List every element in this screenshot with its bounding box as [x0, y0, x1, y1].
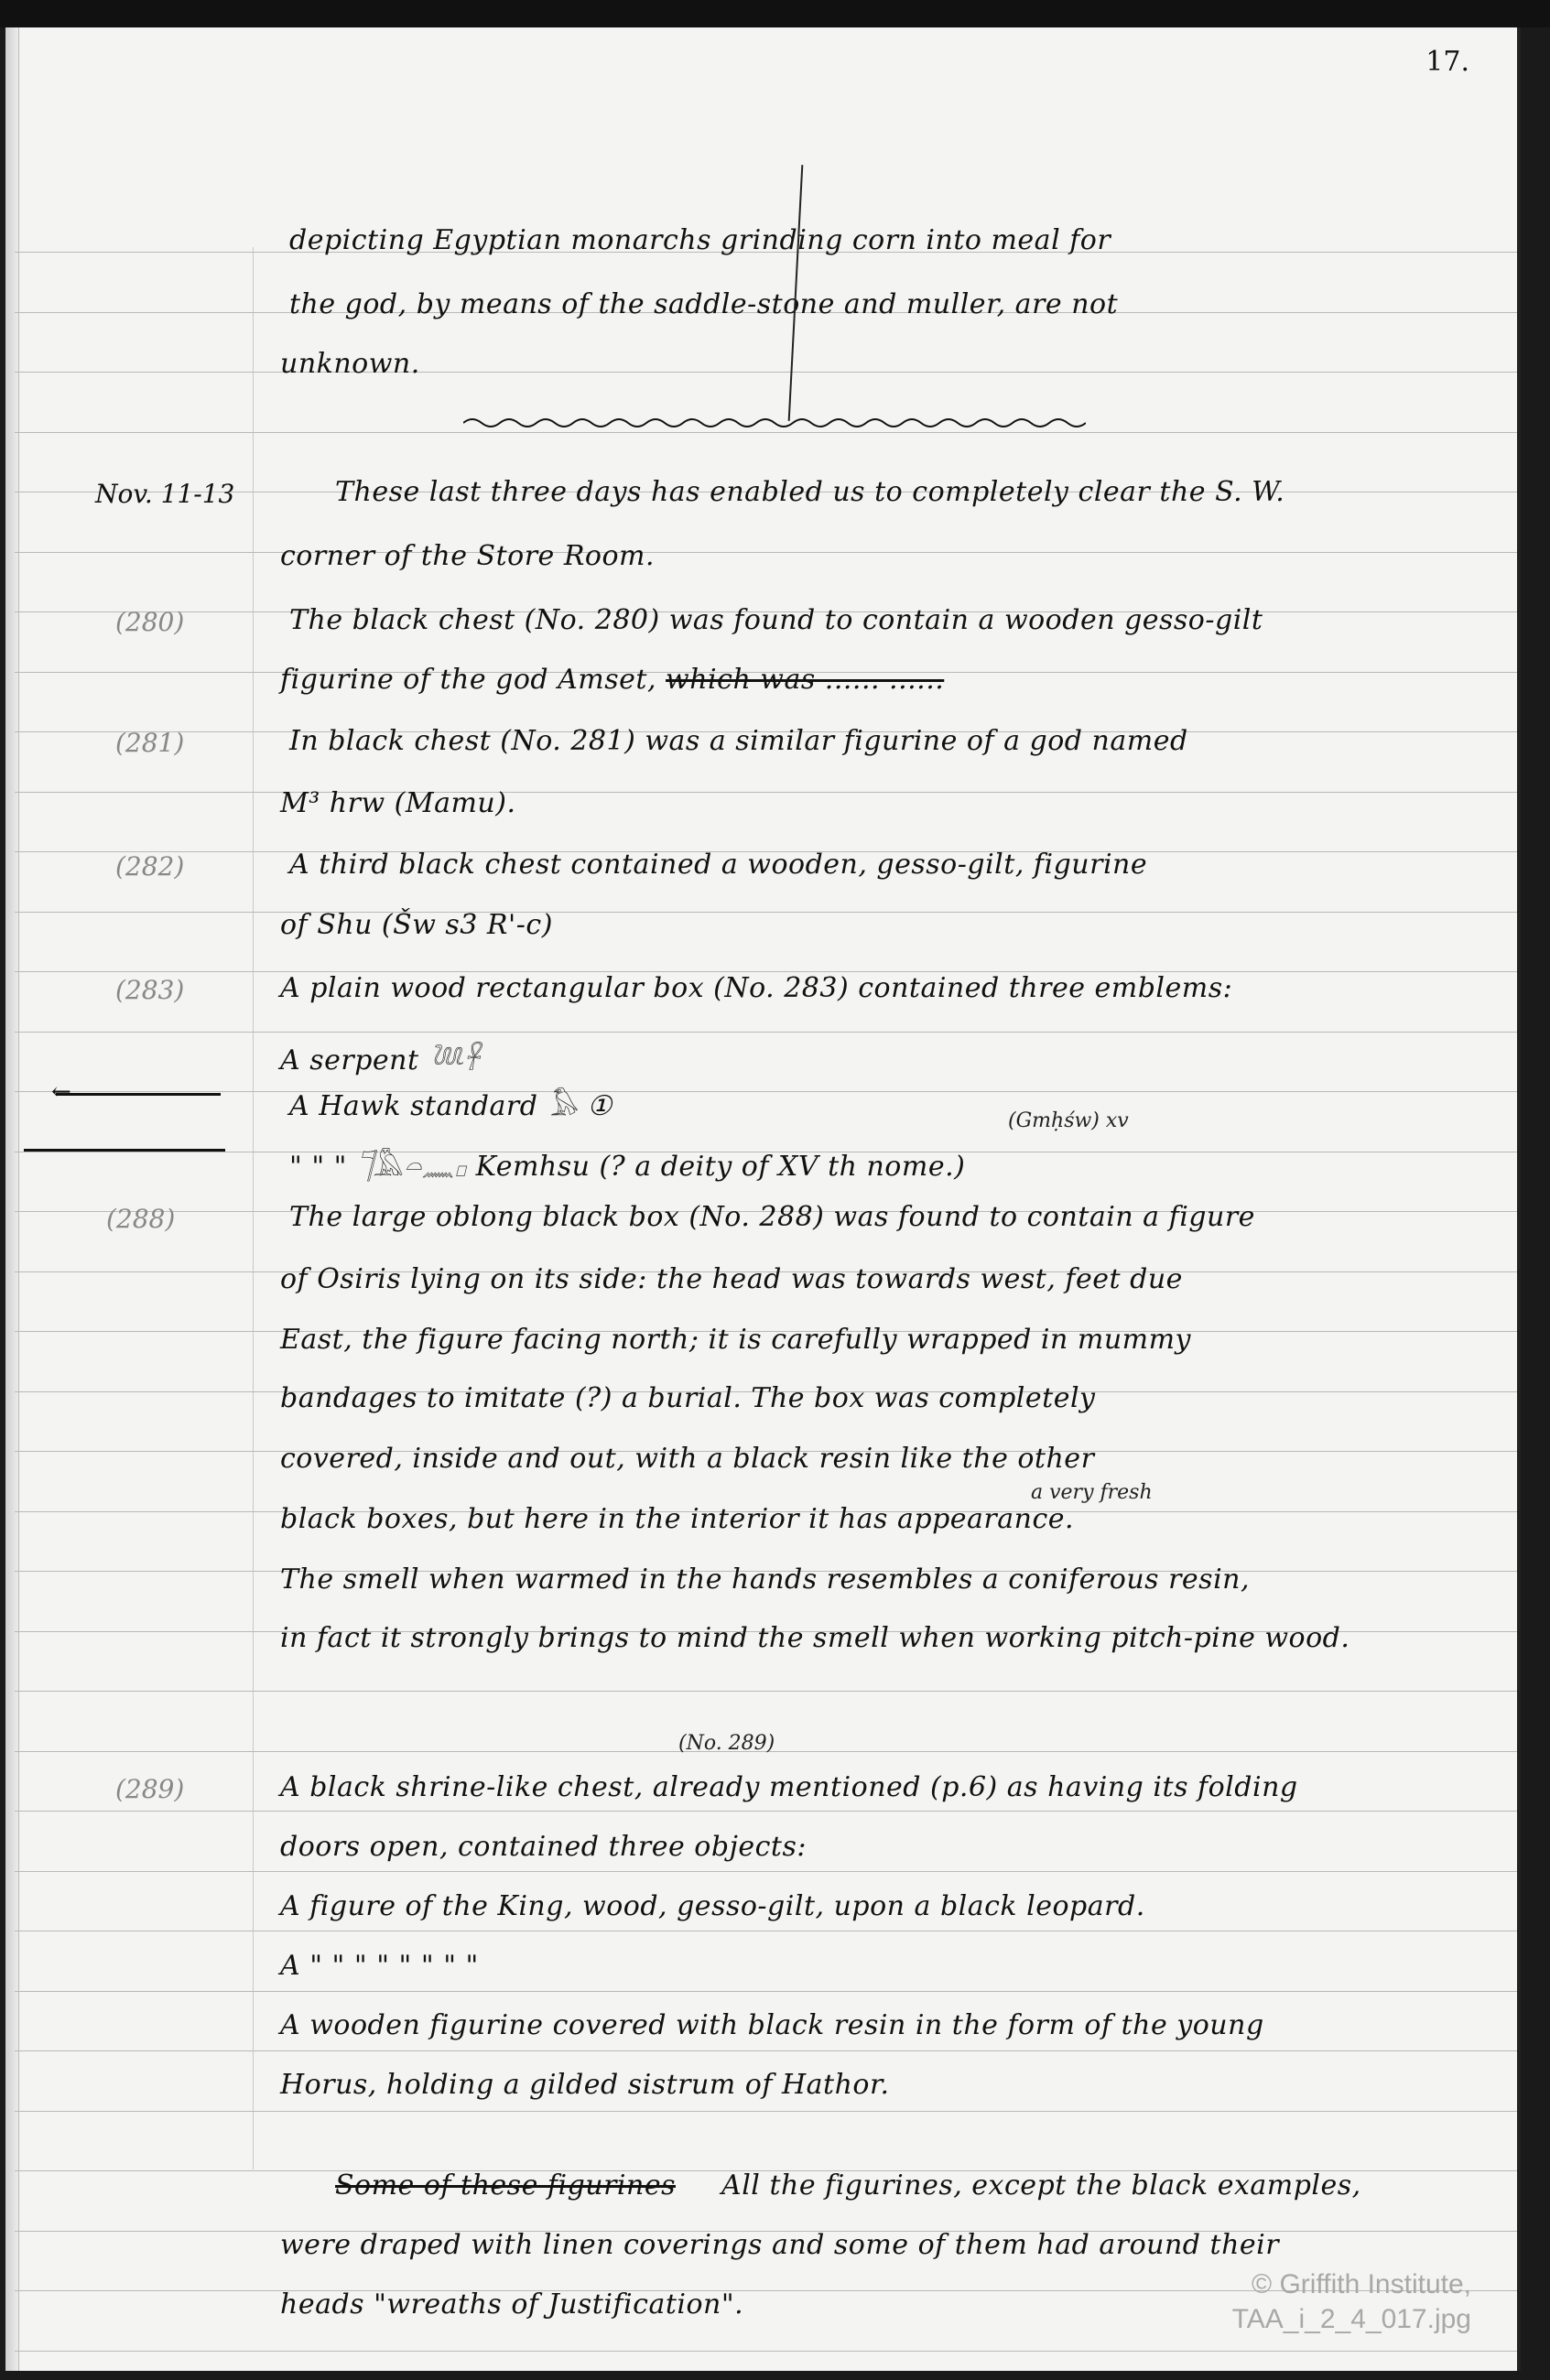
- watermark-filename: TAA_i_2_4_017.jpg: [1232, 2302, 1471, 2337]
- entry-text: figurine of the god Amset,: [280, 664, 656, 696]
- ruled-line: [15, 2111, 1517, 2112]
- entry-line: In black chest (No. 281) was a similar f…: [289, 725, 1507, 757]
- entry-line: East, the figure facing north; it is car…: [280, 1324, 1498, 1356]
- closing-text: All the figurines, except the black exam…: [721, 2169, 1361, 2201]
- intro-line: the god, by means of the saddle-stone an…: [289, 288, 1507, 320]
- object-number-288: (288): [106, 1204, 175, 1234]
- emblem-kemhsu: " " " 𓊹𓅓𓏏𓈖𓊪 Kemhsu (? a deity of XV th n…: [289, 1139, 1507, 1185]
- margin-rule: [253, 247, 254, 2169]
- entry-line: Horus, holding a gilded sistrum of Hatho…: [280, 2069, 1498, 2101]
- section-divider-squiggle: [463, 414, 1086, 428]
- object-number-280: (280): [115, 607, 184, 637]
- entry-line: A " " " " " " " ": [280, 1950, 1498, 1982]
- object-number-annotation: (No. 289): [678, 1732, 775, 1755]
- object-number-281: (281): [115, 728, 184, 758]
- entry-line: black boxes, but here in the interior it…: [280, 1503, 1498, 1535]
- hieroglyph-annotation: (Gmḥśw) xv: [1008, 1109, 1129, 1132]
- entry-line: A third black chest contained a wooden, …: [289, 849, 1507, 881]
- entry-line: M³ hrw (Mamu).: [280, 787, 1498, 819]
- intro-line: unknown.: [280, 348, 1498, 380]
- object-number-282: (282): [115, 851, 184, 882]
- entry-line: covered, inside and out, with a black re…: [280, 1443, 1498, 1475]
- ruled-line: [15, 1991, 1517, 1992]
- entry-line: A plain wood rectangular box (No. 283) c…: [280, 972, 1498, 1004]
- copyright-watermark: © Griffith Institute, TAA_i_2_4_017.jpg: [1232, 2267, 1471, 2336]
- object-number-289: (289): [115, 1774, 184, 1804]
- ruled-line: [15, 1811, 1517, 1812]
- entry-line: of Osiris lying on its side: the head wa…: [280, 1263, 1498, 1295]
- arrow-line: [24, 1149, 225, 1152]
- entry-line: These last three days has enabled us to …: [335, 476, 1550, 508]
- entry-date: Nov. 11-13: [95, 479, 234, 509]
- entry-line: corner of the Store Room.: [280, 540, 1498, 572]
- arrow-left-icon: ←: [51, 1078, 71, 1106]
- entry-line: A wooden figurine covered with black res…: [280, 2009, 1498, 2041]
- entry-line: A black shrine-like chest, already menti…: [280, 1771, 1498, 1803]
- ruled-line: [15, 2351, 1517, 2352]
- arrow-line: [56, 1093, 221, 1096]
- entry-line: A figure of the King, wood, gesso-gilt, …: [280, 1890, 1498, 1922]
- ruled-line: [15, 432, 1517, 433]
- emblem-serpent: A serpent 𓆙𓋹: [280, 1033, 1498, 1078]
- entry-line: doors open, contained three objects:: [280, 1831, 1498, 1863]
- entry-line: in fact it strongly brings to mind the s…: [280, 1622, 1498, 1654]
- page-binding-edge: [5, 27, 19, 2371]
- emblem-hawk-standard: A Hawk standard 𓅃 ①: [289, 1078, 1507, 1124]
- entry-line: figurine of the god Amset, which was ...…: [280, 664, 1498, 696]
- entry-line: The black chest (No. 280) was found to c…: [289, 604, 1507, 636]
- closing-line: were draped with linen coverings and som…: [280, 2229, 1498, 2261]
- ruled-line: [15, 1871, 1517, 1872]
- ruled-line: [15, 1691, 1517, 1692]
- entry-line: The smell when warmed in the hands resem…: [280, 1563, 1498, 1596]
- page-number: 17.: [1425, 46, 1469, 78]
- closing-line: Some of these figurines All the figurine…: [335, 2169, 1550, 2201]
- watermark-copyright: © Griffith Institute,: [1232, 2267, 1471, 2302]
- notebook-page: 17. depicting Egyptian monarchs grinding…: [5, 27, 1521, 2371]
- struck-text: which was ...... ......: [666, 664, 944, 696]
- entry-line: The large oblong black box (No. 288) was…: [289, 1201, 1507, 1233]
- struck-text: Some of these figurines: [335, 2169, 676, 2201]
- ruled-line: [15, 2050, 1517, 2051]
- scan-border-top: [0, 0, 1550, 27]
- object-number-283: (283): [115, 975, 184, 1005]
- intro-line: depicting Egyptian monarchs grinding cor…: [289, 224, 1507, 256]
- insertion-note: a very fresh: [1031, 1481, 1153, 1504]
- entry-line: of Shu (Šw s3 R'-c): [280, 909, 1498, 941]
- ruled-line: [15, 1931, 1517, 1931]
- entry-line: bandages to imitate (?) a burial. The bo…: [280, 1382, 1498, 1414]
